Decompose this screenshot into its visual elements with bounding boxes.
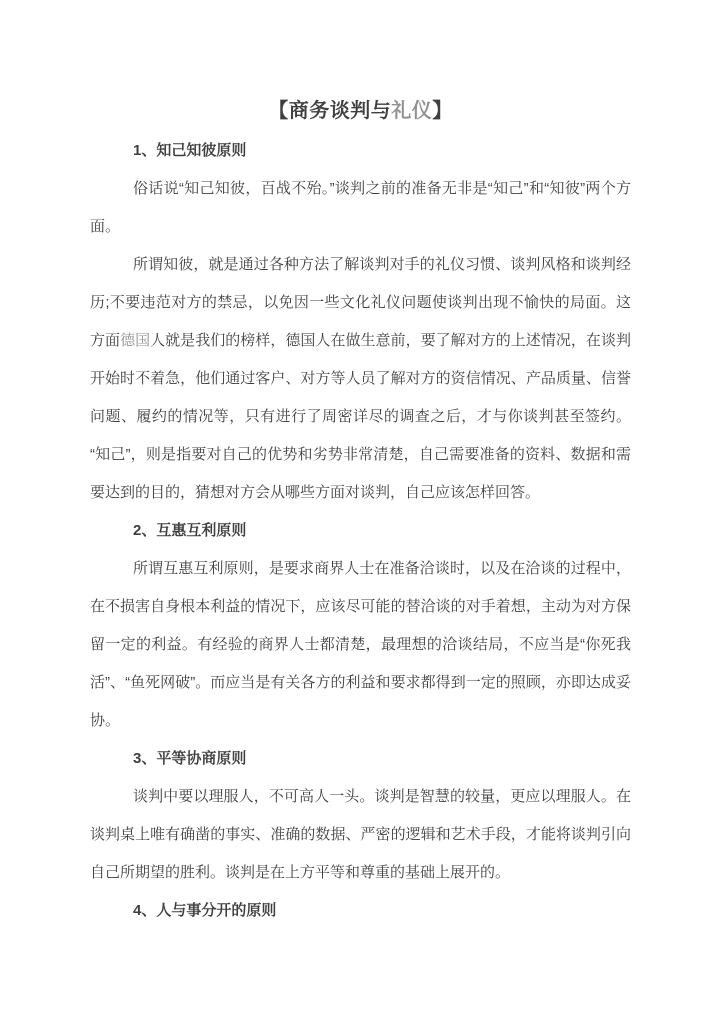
paragraph-text-muted: 德国 xyxy=(120,332,150,349)
paragraph: 谈判中要以理服人，不可高人一头。谈判是智慧的较量，更应以理服人。在谈判桌上唯有确… xyxy=(90,778,631,892)
section-heading-2: 2、互惠互利原则 xyxy=(90,512,631,550)
title-segment-post: 】 xyxy=(432,100,453,122)
paragraph-text: 所谓互惠互利原则，是要求商界人士在准备洽谈时，以及在洽谈的过程中，在不损害自身根… xyxy=(90,560,631,729)
document-title: 【商务谈判与礼仪】 xyxy=(90,90,631,132)
title-segment-highlight: 礼仪 xyxy=(391,100,432,122)
paragraph-text: 谈判中要以理服人，不可高人一头。谈判是智慧的较量，更应以理服人。在谈判桌上唯有确… xyxy=(90,788,631,881)
section-heading-1: 1、知己知彼原则 xyxy=(90,132,631,170)
paragraph: 俗话说“知己知彼，百战不殆。”谈判之前的准备无非是“知己”和“知彼”两个方面。 xyxy=(90,170,631,246)
document-page: 【商务谈判与礼仪】 1、知己知彼原则 俗话说“知己知彼，百战不殆。”谈判之前的准… xyxy=(0,0,721,1020)
title-segment-pre: 【商务谈判与 xyxy=(268,100,391,122)
section-heading-4: 4、人与事分开的原则 xyxy=(90,892,631,930)
paragraph: 所谓互惠互利原则，是要求商界人士在准备洽谈时，以及在洽谈的过程中，在不损害自身根… xyxy=(90,550,631,740)
section-heading-3: 3、平等协商原则 xyxy=(90,740,631,778)
paragraph-text: 俗话说“知己知彼，百战不殆。”谈判之前的准备无非是“知己”和“知彼”两个方面。 xyxy=(90,180,631,235)
paragraph-text: 人就是我们的榜样，德国人在做生意前，要了解对方的上述情况，在谈判开始时不着急，他… xyxy=(90,332,631,501)
paragraph: 所谓知彼，就是通过各种方法了解谈判对手的礼仪习惯、谈判风格和谈判经历;不要违范对… xyxy=(90,246,631,512)
